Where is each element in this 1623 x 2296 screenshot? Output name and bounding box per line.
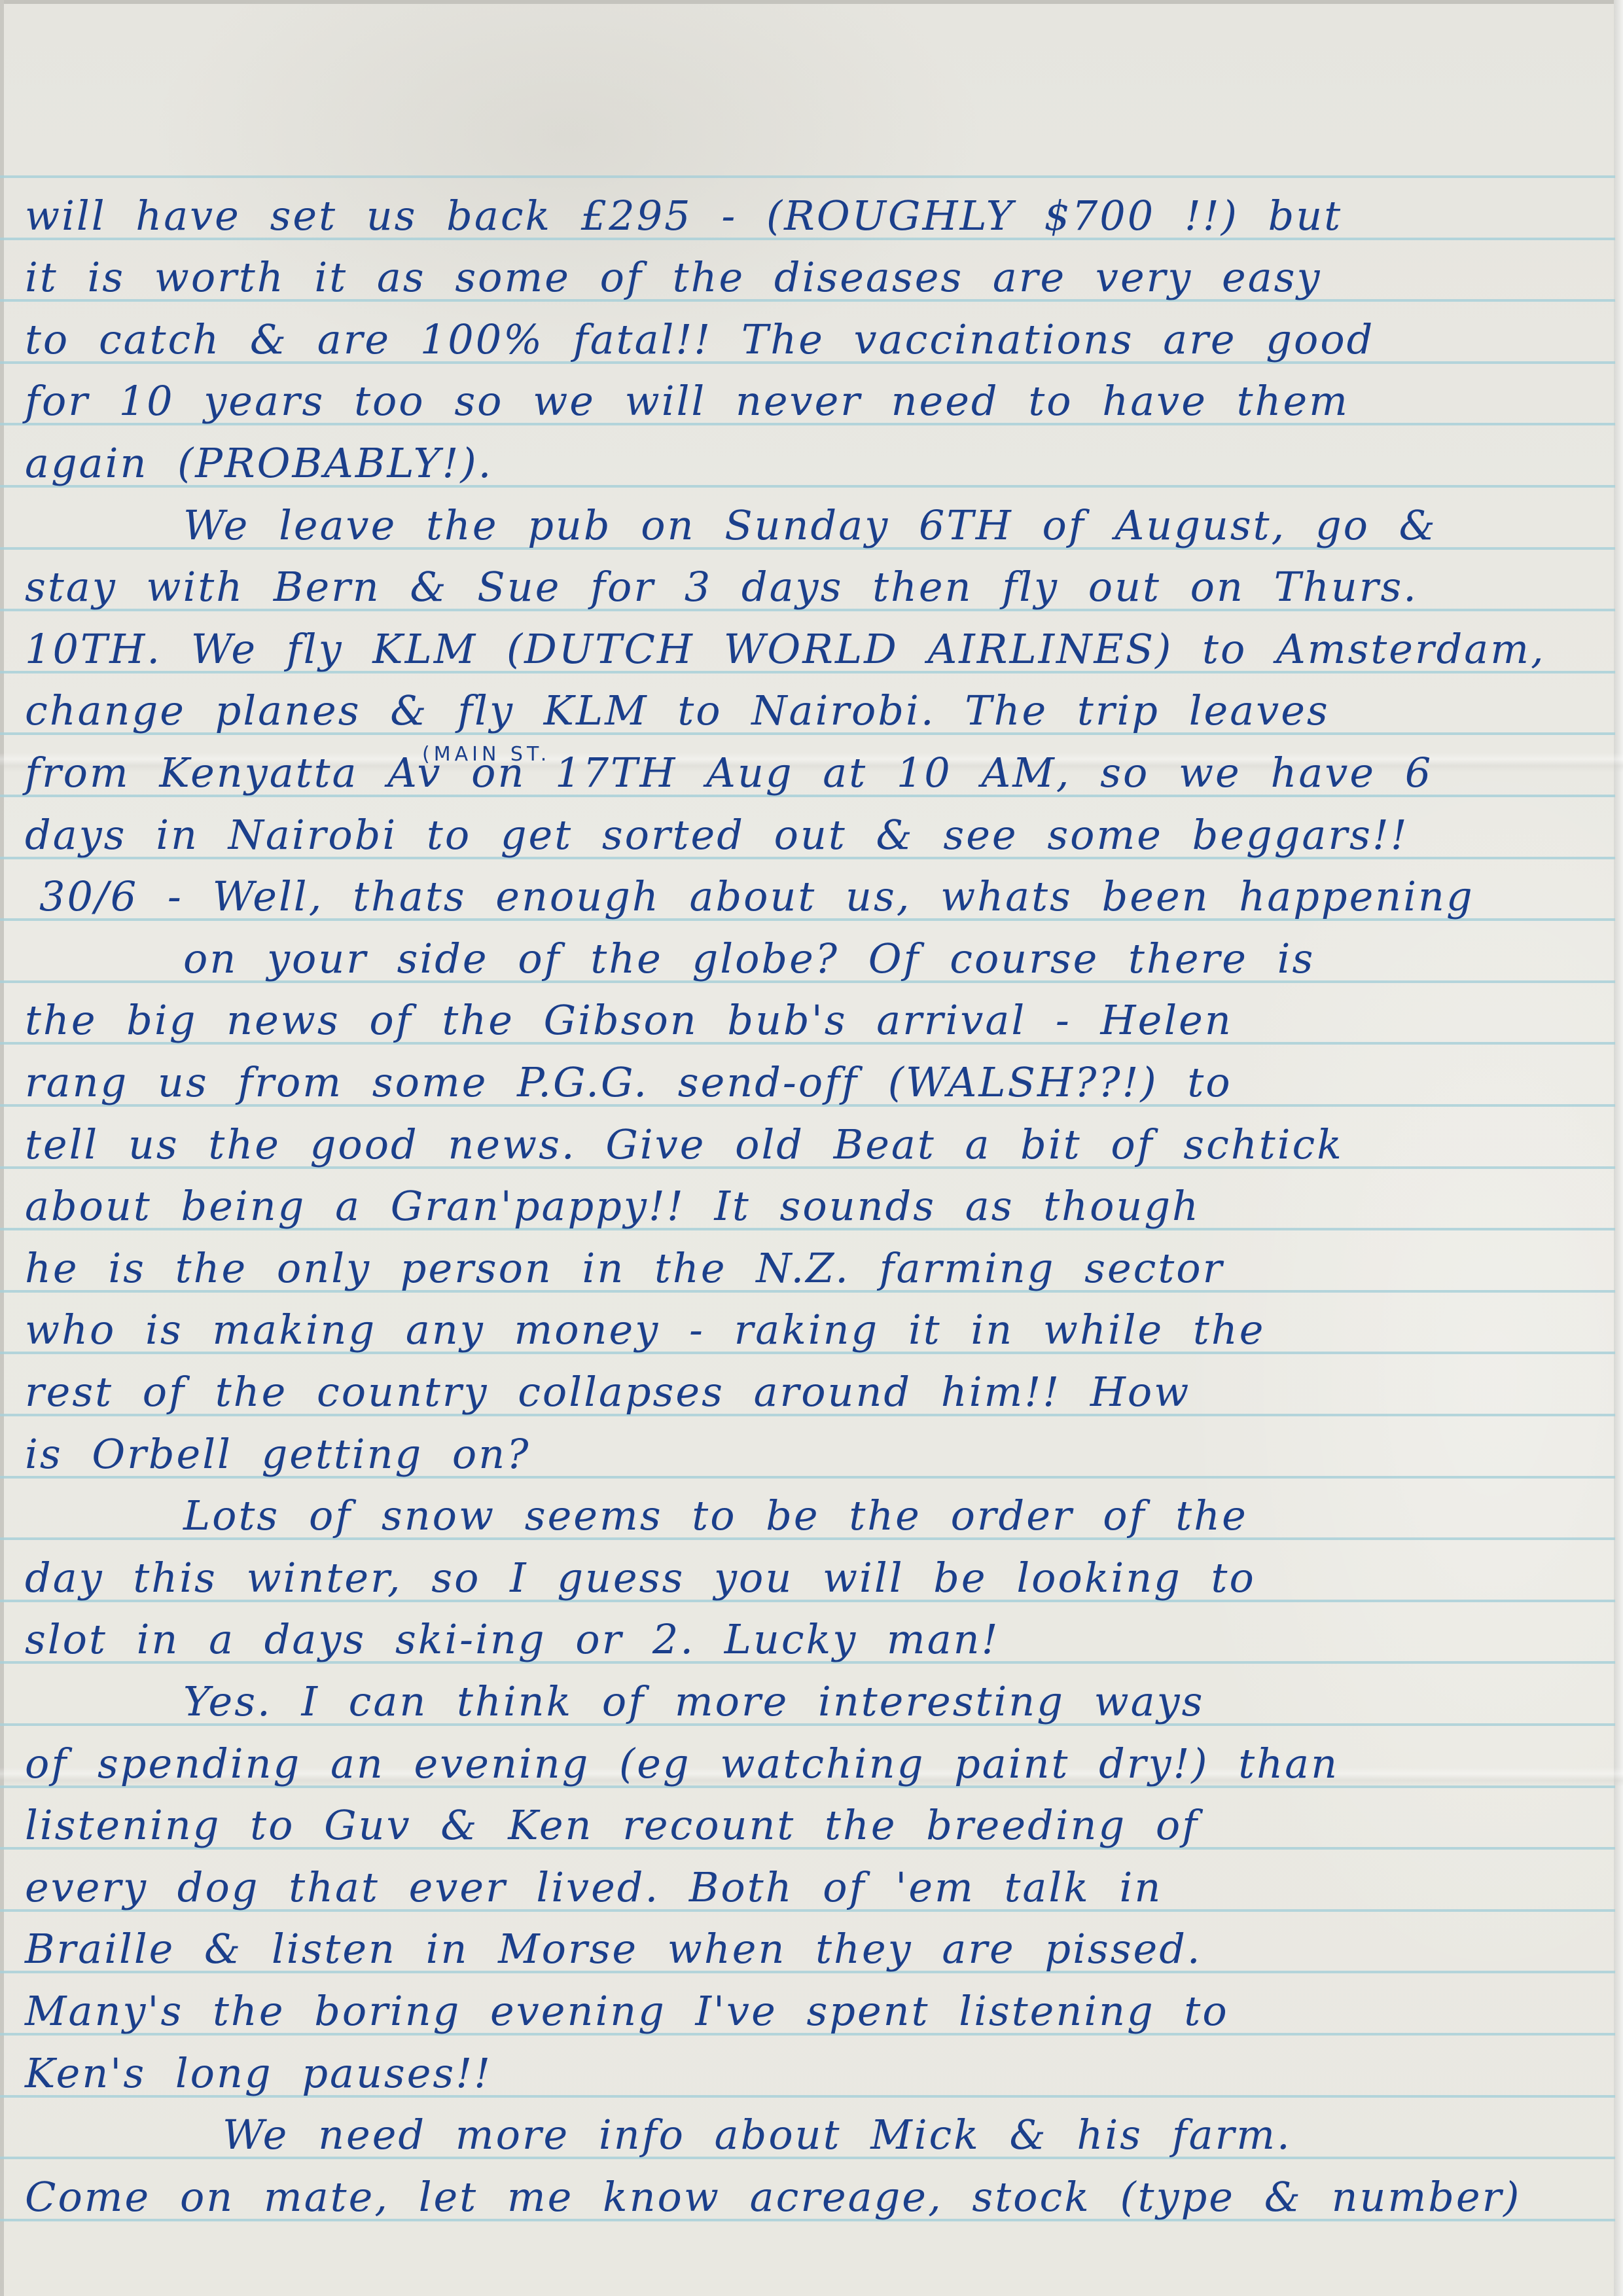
letter-line: slot in a days ski-ing or 2. Lucky man! [25,1610,1597,1669]
letter-line: listening to Guv & Ken recount the breed… [25,1796,1597,1855]
letter-line: Ken's long pauses!! [25,2044,1597,2103]
letter-line-dated: 30/6 - Well, thats enough about us, what… [39,867,1597,926]
letter-line: day this winter, so I guess you will be … [25,1549,1597,1607]
letter-line: Many's the boring evening I've spent lis… [25,1982,1597,2041]
inline-annotation-main-st: (MAIN ST. [422,743,550,766]
handwritten-text: will have set us back £295 - (ROUGHLY $7… [0,0,1623,2296]
letter-line-paragraph-start: Lots of snow seems to be the order of th… [183,1486,1597,1545]
letter-line: for 10 years too so we will never need t… [25,372,1597,431]
letter-line-paragraph-start: We need more info about Mick & his farm. [223,2106,1597,2164]
letter-line: tell us the good news. Give old Beat a b… [25,1115,1597,1174]
letter-line: rang us from some P.G.G. send-off (WALSH… [25,1053,1597,1112]
letter-line: every dog that ever lived. Both of 'em t… [25,1858,1597,1917]
letter-page: will have set us back £295 - (ROUGHLY $7… [0,0,1623,2296]
letter-line-paragraph-start: Yes. I can think of more interesting way… [183,1672,1597,1731]
letter-line: change planes & fly KLM to Nairobi. The … [25,681,1597,740]
letter-line: Come on mate, let me know acreage, stock… [25,2168,1597,2227]
letter-line: days in Nairobi to get sorted out & see … [25,806,1597,865]
letter-line: it is worth it as some of the diseases a… [25,248,1597,307]
letter-line: who is making any money - raking it in w… [25,1300,1597,1359]
letter-line-paragraph-start: We leave the pub on Sunday 6TH of August… [183,496,1597,555]
letter-line: to catch & are 100% fatal!! The vaccinat… [25,310,1597,369]
letter-line: from Kenyatta Av on 17TH Aug at 10 AM, s… [25,744,1597,802]
letter-line: the big news of the Gibson bub's arrival… [25,991,1597,1050]
letter-line: will have set us back £295 - (ROUGHLY $7… [25,187,1597,245]
letter-line: stay with Bern & Sue for 3 days then fly… [25,558,1597,617]
letter-line: rest of the country collapses around him… [25,1363,1597,1422]
letter-line: about being a Gran'pappy!! It sounds as … [25,1177,1597,1236]
letter-line: of spending an evening (eg watching pain… [25,1734,1597,1793]
letter-line: 10TH. We fly KLM (DUTCH WORLD AIRLINES) … [25,620,1597,679]
letter-line: is Orbell getting on? [25,1425,1597,1484]
letter-line: on your side of the globe? Of course the… [183,929,1597,988]
letter-line: again (PROBABLY!). [25,434,1597,493]
letter-line: Braille & listen in Morse when they are … [25,1920,1597,1979]
letter-line: he is the only person in the N.Z. farmin… [25,1239,1597,1298]
